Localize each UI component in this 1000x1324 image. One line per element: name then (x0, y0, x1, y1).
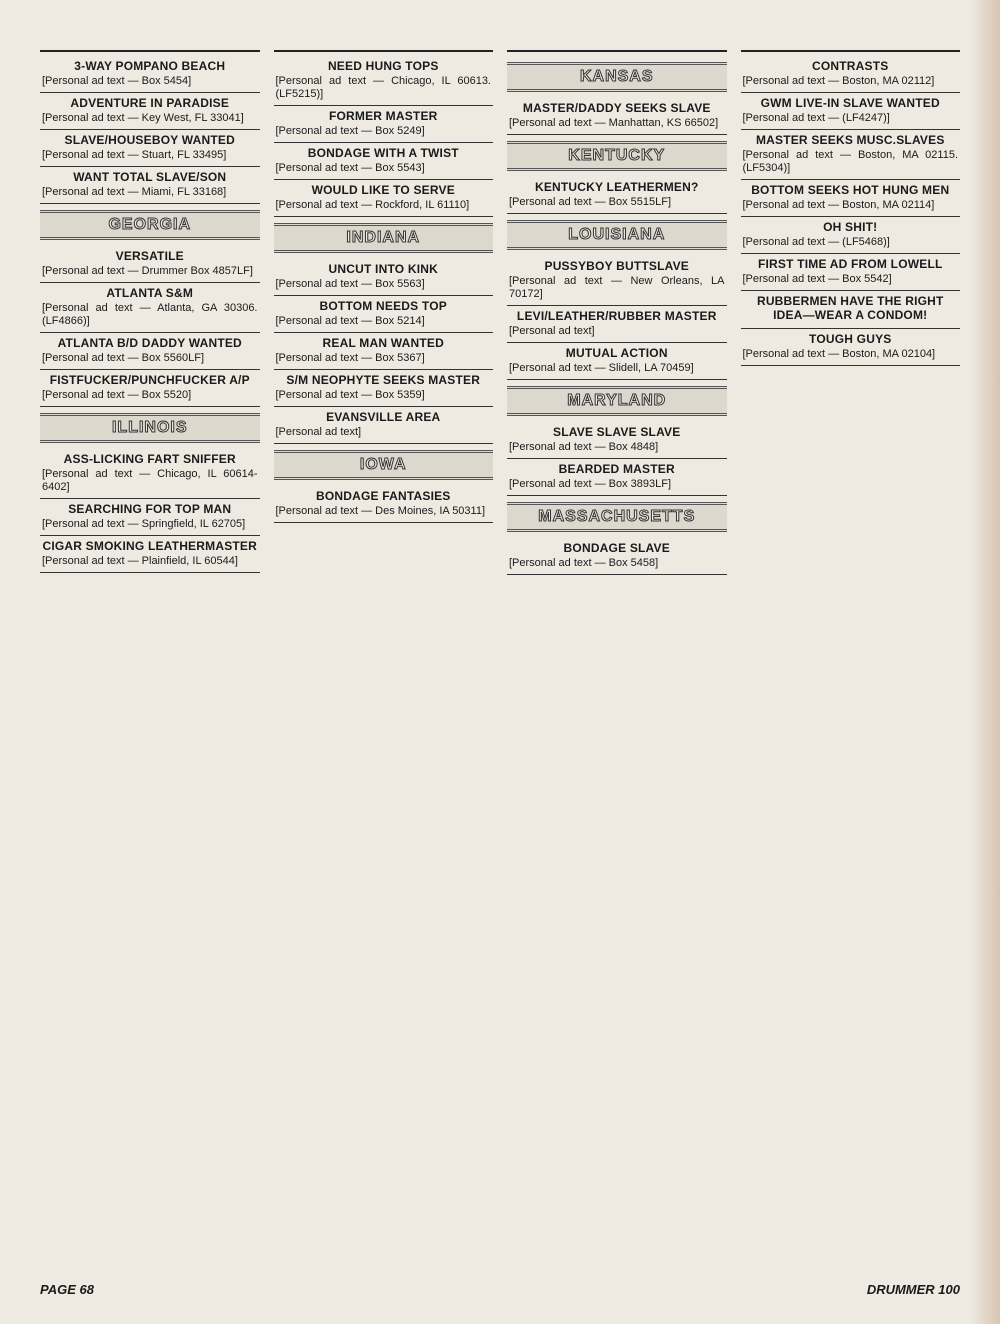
ad-heading: Fistfucker/Punchfucker A/P (42, 373, 258, 387)
ad-body: [Personal ad text — Box 5515LF] (509, 196, 725, 209)
ad-body: [Personal ad text — Box 5560LF] (42, 352, 258, 365)
ad-heading: Bottom Seeks Hot Hung Men (743, 183, 959, 197)
ad-body: [Personal ad text — New Orleans, LA 7017… (509, 275, 725, 301)
ad-heading: Searching for Top Man (42, 502, 258, 516)
ad-heading: Levi/Leather/Rubber Master (509, 309, 725, 323)
ad-body: [Personal ad text — Box 5454] (42, 75, 258, 88)
ad-body: [Personal ad text — Box 5367] (276, 352, 492, 365)
classified-ad: Tough Guys[Personal ad text — Boston, MA… (741, 329, 961, 366)
ad-heading: Evansville Area (276, 410, 492, 424)
ad-body: [Personal ad text — Key West, FL 33041] (42, 112, 258, 125)
ad-heading: Need Hung Tops (276, 59, 492, 73)
classified-ad: Rubbermen Have the Right Idea—Wear a Con… (741, 291, 961, 329)
classified-ad: Evansville Area[Personal ad text] (274, 407, 494, 444)
page-footer: PAGE 68 DRUMMER 100 (40, 1282, 960, 1297)
classified-ad: GWM Live-In Slave Wanted[Personal ad tex… (741, 93, 961, 130)
state-header: Georgia (40, 210, 260, 240)
classified-ad: Levi/Leather/Rubber Master[Personal ad t… (507, 306, 727, 343)
ad-heading: Kentucky Leathermen? (509, 180, 725, 194)
ad-heading: First Time Ad from Lowell (743, 257, 959, 271)
classified-ad: Slave Slave Slave[Personal ad text — Box… (507, 422, 727, 459)
classified-ad: Fistfucker/Punchfucker A/P[Personal ad t… (40, 370, 260, 407)
ad-heading: Bondage with a Twist (276, 146, 492, 160)
ad-body: [Personal ad text — Box 5563] (276, 278, 492, 291)
classified-ad: Uncut into Kink[Personal ad text — Box 5… (274, 259, 494, 296)
ad-heading: Want Total Slave/Son (42, 170, 258, 184)
ad-body: [Personal ad text — Box 5214] (276, 315, 492, 328)
ad-heading: Bearded Master (509, 462, 725, 476)
ad-body: [Personal ad text — Box 3893LF] (509, 478, 725, 491)
state-header: Illinois (40, 413, 260, 443)
state-name: Georgia (108, 216, 191, 233)
classified-ad: Bottom Seeks Hot Hung Men[Personal ad te… (741, 180, 961, 217)
ad-heading: Former Master (276, 109, 492, 123)
ad-heading: Pussyboy Buttslave (509, 259, 725, 273)
classified-ad: Ass-Licking Fart Sniffer[Personal ad tex… (40, 449, 260, 499)
classified-ad: Would Like to Serve[Personal ad text — R… (274, 180, 494, 217)
classified-ad: Oh Shit![Personal ad text — (LF5468)] (741, 217, 961, 254)
classified-ad: Mutual Action[Personal ad text — Slidell… (507, 343, 727, 380)
state-name: Kentucky (568, 147, 665, 164)
state-header: Kentucky (507, 141, 727, 171)
ad-heading: Tough Guys (743, 332, 959, 346)
state-name: Maryland (567, 392, 666, 409)
ad-body: [Personal ad text] (509, 325, 725, 338)
ad-heading: GWM Live-In Slave Wanted (743, 96, 959, 110)
state-header: Louisiana (507, 220, 727, 250)
classified-ad: First Time Ad from Lowell[Personal ad te… (741, 254, 961, 291)
ad-body: [Personal ad text — Box 5249] (276, 125, 492, 138)
ad-body: [Personal ad text — Box 5458] (509, 557, 725, 570)
classified-ad: Slave/Houseboy Wanted[Personal ad text —… (40, 130, 260, 167)
ad-body: [Personal ad text] (276, 426, 492, 439)
ad-body: [Personal ad text — Boston, MA 02115. (L… (743, 149, 959, 175)
classifieds-page: 3-Way Pompano Beach[Personal ad text — B… (40, 50, 960, 1280)
ad-body: [Personal ad text — Boston, MA 02104] (743, 348, 959, 361)
classified-ad: Atlanta B/D Daddy Wanted[Personal ad tex… (40, 333, 260, 370)
ad-heading: Would Like to Serve (276, 183, 492, 197)
state-name: Iowa (360, 456, 407, 473)
state-name: Illinois (112, 419, 188, 436)
ad-body: [Personal ad text — Box 5359] (276, 389, 492, 402)
ad-body: [Personal ad text — Atlanta, GA 30306. (… (42, 302, 258, 328)
ad-body: [Personal ad text — (LF5468)] (743, 236, 959, 249)
ad-heading: S/M Neophyte Seeks Master (276, 373, 492, 387)
state-header: Maryland (507, 386, 727, 416)
ad-body: [Personal ad text — (LF4247)] (743, 112, 959, 125)
classified-ad: Contrasts[Personal ad text — Boston, MA … (741, 56, 961, 93)
column-4: Contrasts[Personal ad text — Boston, MA … (741, 50, 961, 1280)
state-header: Kansas (507, 62, 727, 92)
ad-body: [Personal ad text — Springfield, IL 6270… (42, 518, 258, 531)
classified-ad: Want Total Slave/Son[Personal ad text — … (40, 167, 260, 204)
classified-ad: Versatile[Personal ad text — Drummer Box… (40, 246, 260, 283)
ad-heading: Contrasts (743, 59, 959, 73)
ad-body: [Personal ad text — Slidell, LA 70459] (509, 362, 725, 375)
ad-heading: Adventure in Paradise (42, 96, 258, 110)
ad-heading: Cigar Smoking Leathermaster (42, 539, 258, 553)
ad-body: [Personal ad text — Rockford, IL 61110] (276, 199, 492, 212)
ad-body: [Personal ad text — Stuart, FL 33495] (42, 149, 258, 162)
ad-heading: 3-Way Pompano Beach (42, 59, 258, 73)
ad-heading: Bottom Needs Top (276, 299, 492, 313)
state-name: Kansas (580, 68, 654, 85)
classified-ad: Bondage Fantasies[Personal ad text — Des… (274, 486, 494, 523)
classified-ad: Real Man Wanted[Personal ad text — Box 5… (274, 333, 494, 370)
ad-heading: Bondage Slave (509, 541, 725, 555)
ad-body: [Personal ad text — Chicago, IL 60614-64… (42, 468, 258, 494)
page-number: PAGE 68 (40, 1282, 94, 1297)
classified-ad: Master/Daddy Seeks Slave[Personal ad tex… (507, 98, 727, 135)
ad-heading: Master/Daddy Seeks Slave (509, 101, 725, 115)
classified-ad: Bondage Slave[Personal ad text — Box 545… (507, 538, 727, 575)
page-edge-shadow (970, 0, 1000, 1324)
ad-body: [Personal ad text — Chicago, IL 60613. (… (276, 75, 492, 101)
ad-heading: Real Man Wanted (276, 336, 492, 350)
ad-heading: Bondage Fantasies (276, 489, 492, 503)
column-2: Need Hung Tops[Personal ad text — Chicag… (274, 50, 494, 1280)
state-header: Indiana (274, 223, 494, 253)
ad-body: [Personal ad text — Manhattan, KS 66502] (509, 117, 725, 130)
state-header: Iowa (274, 450, 494, 480)
ad-body: [Personal ad text — Boston, MA 02114] (743, 199, 959, 212)
ad-body: [Personal ad text — Box 5543] (276, 162, 492, 175)
column-1: 3-Way Pompano Beach[Personal ad text — B… (40, 50, 260, 1280)
ad-body: [Personal ad text — Drummer Box 4857LF] (42, 265, 258, 278)
ad-heading: Uncut into Kink (276, 262, 492, 276)
ad-body: [Personal ad text — Box 5520] (42, 389, 258, 402)
column-3: KansasMaster/Daddy Seeks Slave[Personal … (507, 50, 727, 1280)
classified-ad: Former Master[Personal ad text — Box 524… (274, 106, 494, 143)
classified-ad: Searching for Top Man[Personal ad text —… (40, 499, 260, 536)
classified-ad: Adventure in Paradise[Personal ad text —… (40, 93, 260, 130)
ad-heading: Oh Shit! (743, 220, 959, 234)
ad-heading: Master Seeks Musc.Slaves (743, 133, 959, 147)
classified-ad: Cigar Smoking Leathermaster[Personal ad … (40, 536, 260, 573)
classified-ad: Kentucky Leathermen?[Personal ad text — … (507, 177, 727, 214)
ad-heading: Ass-Licking Fart Sniffer (42, 452, 258, 466)
classified-ad: Pussyboy Buttslave[Personal ad text — Ne… (507, 256, 727, 306)
ad-body: [Personal ad text — Box 5542] (743, 273, 959, 286)
classified-ad: Atlanta S&M[Personal ad text — Atlanta, … (40, 283, 260, 333)
classified-ad: S/M Neophyte Seeks Master[Personal ad te… (274, 370, 494, 407)
ad-body: [Personal ad text — Miami, FL 33168] (42, 186, 258, 199)
classified-ad: 3-Way Pompano Beach[Personal ad text — B… (40, 56, 260, 93)
ad-heading: Atlanta S&M (42, 286, 258, 300)
classified-ad: Need Hung Tops[Personal ad text — Chicag… (274, 56, 494, 106)
ad-heading: Versatile (42, 249, 258, 263)
ad-heading: Mutual Action (509, 346, 725, 360)
classified-ad: Bottom Needs Top[Personal ad text — Box … (274, 296, 494, 333)
state-header: Massachusetts (507, 502, 727, 532)
state-name: Massachusetts (538, 508, 695, 525)
classified-ad: Master Seeks Musc.Slaves[Personal ad tex… (741, 130, 961, 180)
state-name: Louisiana (568, 226, 665, 243)
ad-heading: Rubbermen Have the Right Idea—Wear a Con… (743, 294, 959, 322)
ad-heading: Slave/Houseboy Wanted (42, 133, 258, 147)
ad-body: [Personal ad text — Plainfield, IL 60544… (42, 555, 258, 568)
state-name: Indiana (346, 229, 420, 246)
ad-body: [Personal ad text — Box 4848] (509, 441, 725, 454)
classified-ad: Bondage with a Twist[Personal ad text — … (274, 143, 494, 180)
ad-body: [Personal ad text — Des Moines, IA 50311… (276, 505, 492, 518)
issue-label: DRUMMER 100 (867, 1282, 960, 1297)
ad-body: [Personal ad text — Boston, MA 02112] (743, 75, 959, 88)
ad-heading: Slave Slave Slave (509, 425, 725, 439)
ad-heading: Atlanta B/D Daddy Wanted (42, 336, 258, 350)
classified-ad: Bearded Master[Personal ad text — Box 38… (507, 459, 727, 496)
